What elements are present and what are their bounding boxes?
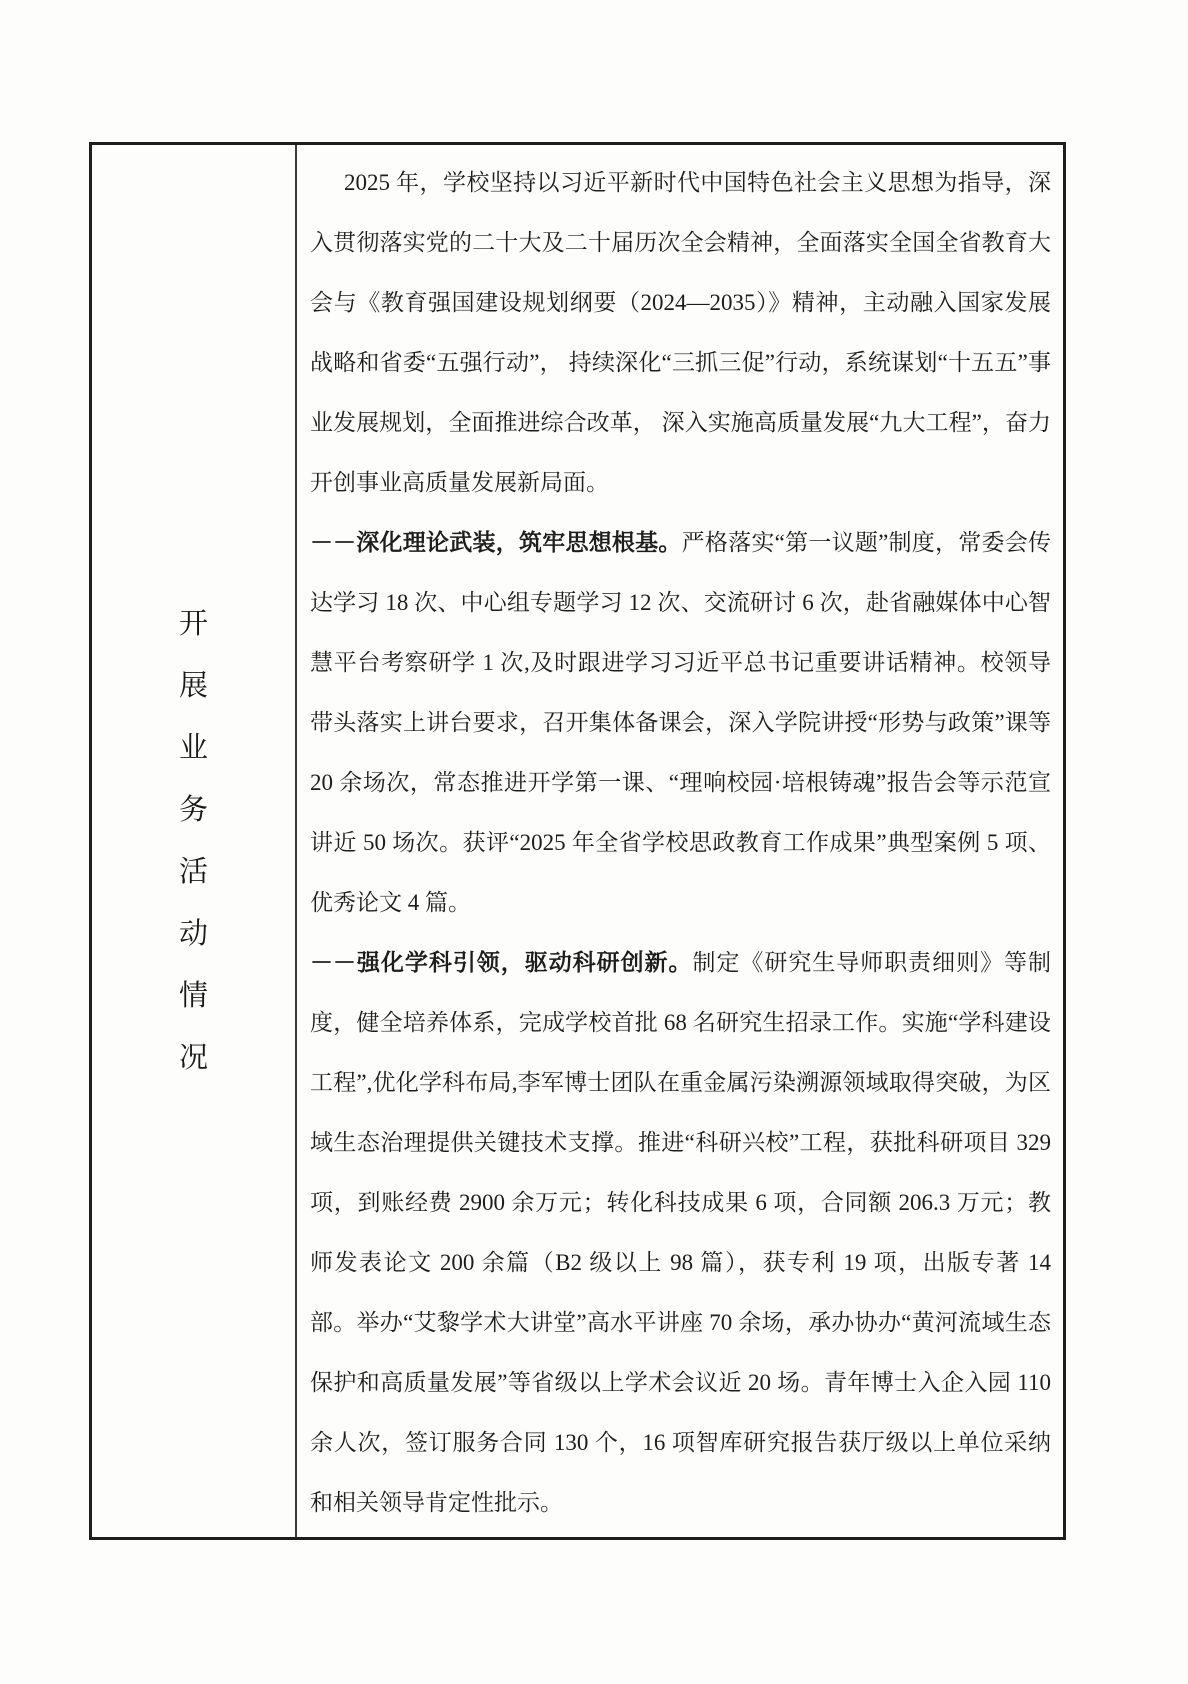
report-paragraph: －－强化学科引领，驱动科研创新。制定《研究生导师职责细则》等制度，健全培养体系，…	[310, 933, 1051, 1533]
row-label-char: 务	[179, 779, 208, 841]
row-label-cell: 开展业务活动情况	[92, 145, 297, 1537]
row-label-char: 活	[179, 841, 208, 903]
row-label-char: 业	[179, 717, 208, 779]
paragraph-text: 制定《研究生导师职责细则》等制度，健全培养体系，完成学校首批 68 名研究生招录…	[310, 950, 1051, 1515]
row-label-char: 况	[179, 1027, 208, 1089]
row-label-char: 展	[179, 655, 208, 717]
row-label-char: 情	[179, 965, 208, 1027]
row-label-char: 动	[179, 903, 208, 965]
paragraph-text: 严格落实“第一议题”制度，常委会传达学习 18 次、中心组专题学习 12 次、交…	[310, 530, 1051, 915]
report-paragraph: －－深化理论武装，筑牢思想根基。严格落实“第一议题”制度，常委会传达学习 18 …	[310, 513, 1051, 933]
paragraph-bold-lead: －－深化理论武装，筑牢思想根基。	[310, 530, 682, 555]
report-table: 开展业务活动情况 2025 年，学校坚持以习近平新时代中国特色社会主义思想为指导…	[89, 142, 1066, 1540]
paragraph-bold-lead: －－强化学科引领，驱动科研创新。	[310, 950, 692, 975]
content-cell: 2025 年，学校坚持以习近平新时代中国特色社会主义思想为指导，深入贯彻落实党的…	[297, 145, 1063, 1537]
paragraph-text: 2025 年，学校坚持以习近平新时代中国特色社会主义思想为指导，深入贯彻落实党的…	[310, 170, 1051, 495]
scanned-document-page: 开展业务活动情况 2025 年，学校坚持以习近平新时代中国特色社会主义思想为指导…	[0, 0, 1188, 1684]
row-label: 开展业务活动情况	[179, 593, 208, 1089]
row-label-char: 开	[179, 593, 208, 655]
report-paragraph: 2025 年，学校坚持以习近平新时代中国特色社会主义思想为指导，深入贯彻落实党的…	[310, 153, 1051, 513]
